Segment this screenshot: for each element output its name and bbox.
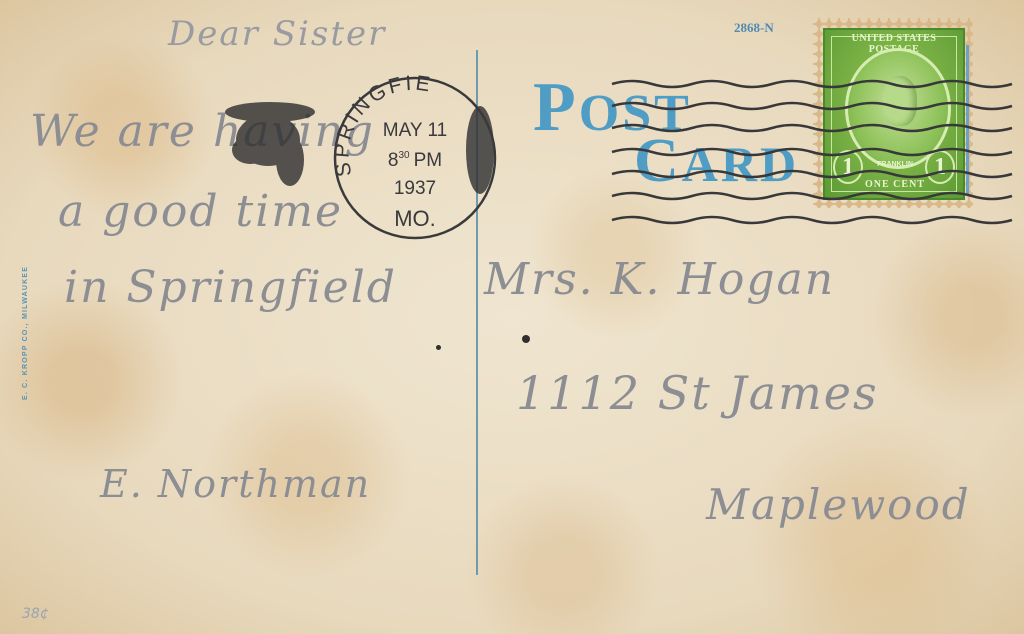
ink-dot <box>522 335 530 343</box>
svg-text:830PM: 830PM <box>388 150 442 171</box>
postcard-back: Dear Sister We are having a good time in… <box>0 0 1024 634</box>
svg-text:MAY 11: MAY 11 <box>383 120 447 141</box>
address-street: 1112 St James <box>516 366 879 420</box>
pencil-price-note: 38¢ <box>22 606 49 622</box>
svg-text:MO.: MO. <box>394 206 436 231</box>
address-city: Maplewood <box>706 480 971 529</box>
cancellation-wavy-lines <box>612 81 1012 223</box>
postmark-layer: SPRINGFIE MAY 11 830PM 1937 MO. <box>0 0 1024 634</box>
address-name: Mrs. K. Hogan <box>484 254 835 305</box>
ink-dot <box>436 345 441 350</box>
svg-text:1937: 1937 <box>394 178 436 199</box>
